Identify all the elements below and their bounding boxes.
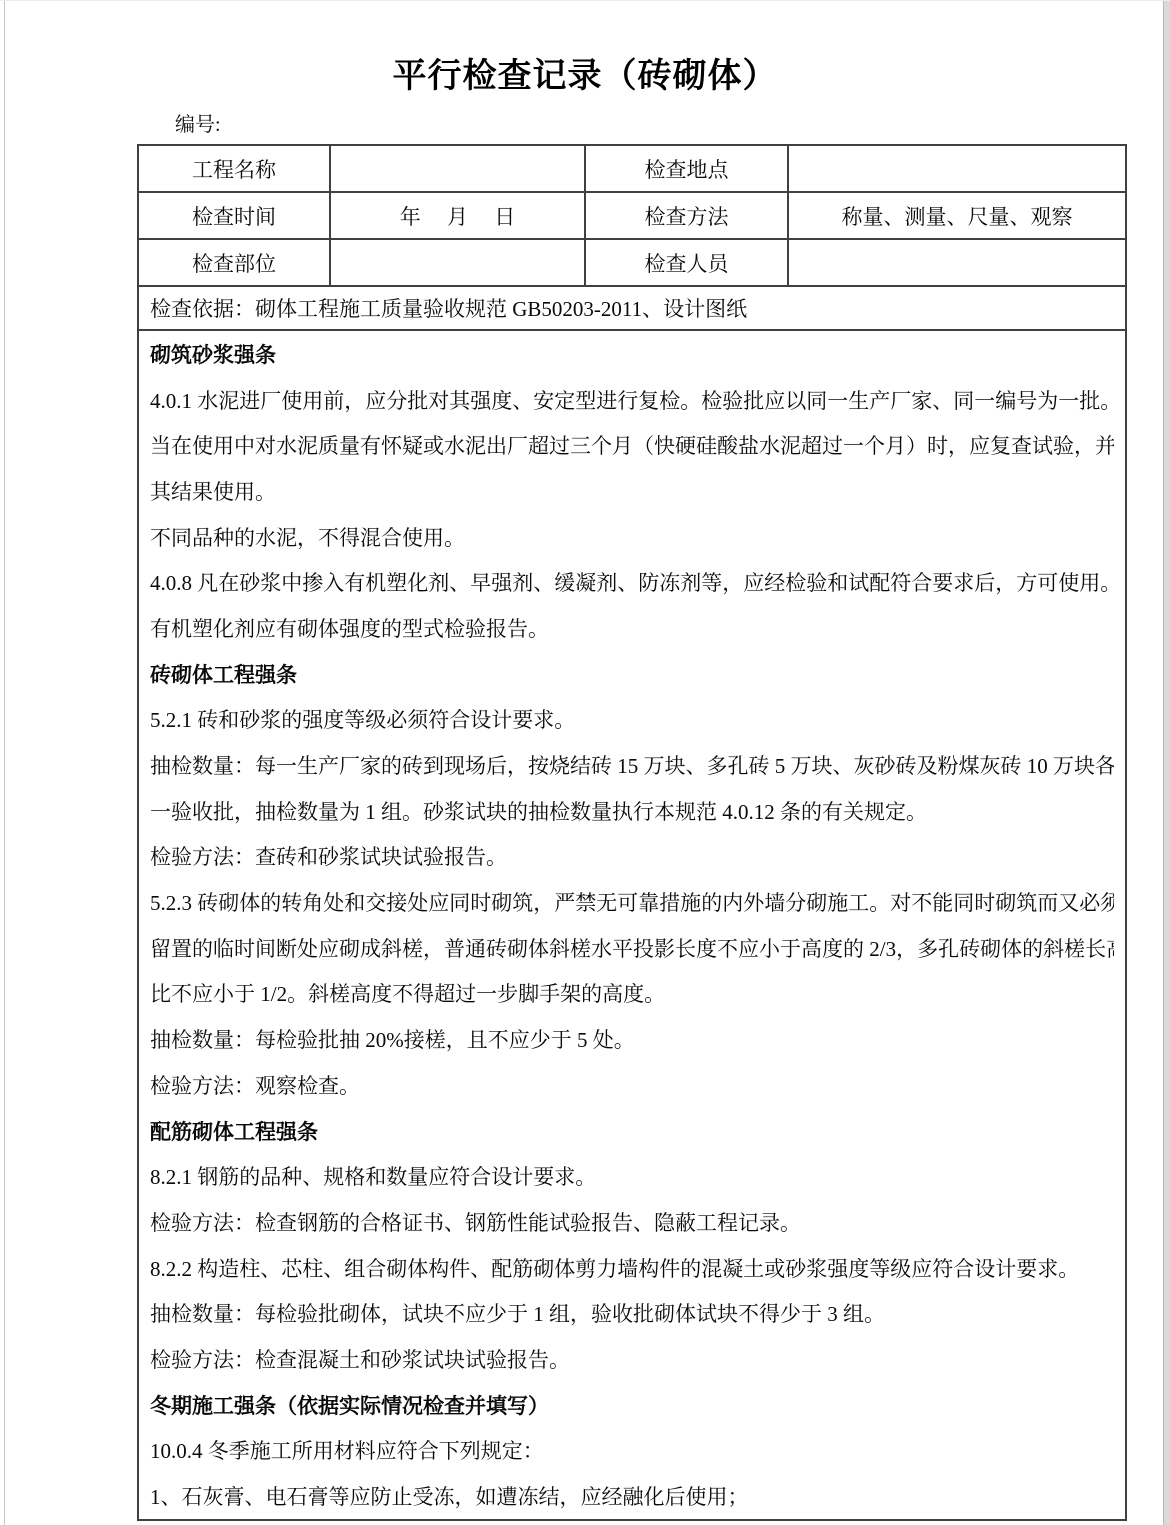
label-project-name: 工程名称 — [139, 146, 331, 193]
page-edge-right — [1163, 1, 1170, 1525]
body-line: 检验方法：观察检查。 — [150, 1062, 1114, 1108]
page-edge-left — [4, 1, 5, 1525]
body-line: 10.0.4 冬季施工所用材料应符合下列规定： — [150, 1428, 1114, 1474]
label-inspection-part: 检查部位 — [139, 240, 331, 287]
body-line: 抽检数量：每一生产厂家的砖到现场后，按烧结砖 15 万块、多孔砖 5 万块、灰砂… — [150, 742, 1114, 788]
body-line: 一验收批，抽检数量为 1 组。砂浆试块的抽检数量执行本规范 4.0.12 条的有… — [150, 788, 1114, 834]
label-inspection-personnel: 检查人员 — [586, 240, 789, 287]
body-line: 抽检数量：每检验批砌体，试块不应少于 1 组，验收批砌体试块不得少于 3 组。 — [150, 1290, 1114, 1336]
section-heading: 冬期施工强条（依据实际情况检查并填写） — [150, 1382, 1114, 1428]
body-lines: 砌筑砂浆强条4.0.1 水泥进厂使用前，应分批对其强度、安定型进行复检。检验批应… — [139, 331, 1125, 1519]
body-line: 5.2.1 砖和砂浆的强度等级必须符合设计要求。 — [150, 697, 1114, 743]
body-line: 8.2.2 构造柱、芯柱、组合砌体构件、配筋砌体剪力墙构件的混凝土或砂浆强度等级… — [150, 1245, 1114, 1291]
body-line: 当在使用中对水泥质量有怀疑或水泥出厂超过三个月（快硬硅酸盐水泥超过一个月）时，应… — [150, 422, 1114, 468]
value-inspection-personnel — [789, 240, 1125, 287]
value-project-name — [331, 146, 586, 193]
inspection-basis: 检查依据：砌体工程施工质量验收规范 GB50203-2011、设计图纸 — [139, 287, 1125, 331]
value-inspection-location — [789, 146, 1125, 193]
label-inspection-location: 检查地点 — [586, 146, 789, 193]
body-line: 8.2.1 钢筋的品种、规格和数量应符合设计要求。 — [150, 1153, 1114, 1199]
body-line: 1、石灰膏、电石膏等应防止受冻，如遭冻结，应经融化后使用； — [150, 1473, 1114, 1519]
body-line: 检验方法：检查混凝土和砂浆试块试验报告。 — [150, 1336, 1114, 1382]
document-page: { "page": { "title": "平行检查记录（砖砌体）", "ser… — [0, 0, 1170, 1525]
section-heading: 砖砌体工程强条 — [150, 651, 1114, 697]
value-inspection-part — [331, 240, 586, 287]
label-inspection-method: 检查方法 — [586, 193, 789, 240]
body-line: 5.2.3 砖砌体的转角处和交接处应同时砌筑，严禁无可靠措施的内外墙分砌施工。对… — [150, 879, 1114, 925]
section-heading: 配筋砌体工程强条 — [150, 1108, 1114, 1154]
body-line: 比不应小于 1/2。斜槎高度不得超过一步脚手架的高度。 — [150, 971, 1114, 1017]
body-line: 留置的临时间断处应砌成斜槎，普通砖砌体斜槎水平投影长度不应小于高度的 2/3，多… — [150, 925, 1114, 971]
value-inspection-method: 称量、测量、尺量、观察 — [789, 193, 1125, 240]
body-line: 其结果使用。 — [150, 468, 1114, 514]
body-line: 抽检数量：每检验批抽 20%接槎，且不应少于 5 处。 — [150, 1016, 1114, 1062]
section-heading: 砌筑砂浆强条 — [150, 331, 1114, 377]
body-line: 检验方法：查砖和砂浆试块试验报告。 — [150, 834, 1114, 880]
doc-title: 平行检查记录（砖砌体） — [0, 53, 1170, 101]
document-frame: 工程名称 检查地点 检查时间 年 月 日 检查方法 称量、测量、尺量、观察 检查… — [137, 144, 1127, 1521]
serial-label: 编号: — [175, 112, 221, 138]
body-line: 检验方法：检查钢筋的合格证书、钢筋性能试验报告、隐蔽工程记录。 — [150, 1199, 1114, 1245]
label-inspection-time: 检查时间 — [139, 193, 331, 240]
info-table: 工程名称 检查地点 检查时间 年 月 日 检查方法 称量、测量、尺量、观察 检查… — [139, 146, 1125, 287]
value-inspection-date: 年 月 日 — [331, 193, 586, 240]
body-line: 不同品种的水泥，不得混合使用。 — [150, 514, 1114, 560]
body-line: 4.0.1 水泥进厂使用前，应分批对其强度、安定型进行复检。检验批应以同一生产厂… — [150, 377, 1114, 423]
body-line: 有机塑化剂应有砌体强度的型式检验报告。 — [150, 605, 1114, 651]
body-line: 4.0.8 凡在砂浆中掺入有机塑化剂、早强剂、缓凝剂、防冻剂等，应经检验和试配符… — [150, 559, 1114, 605]
